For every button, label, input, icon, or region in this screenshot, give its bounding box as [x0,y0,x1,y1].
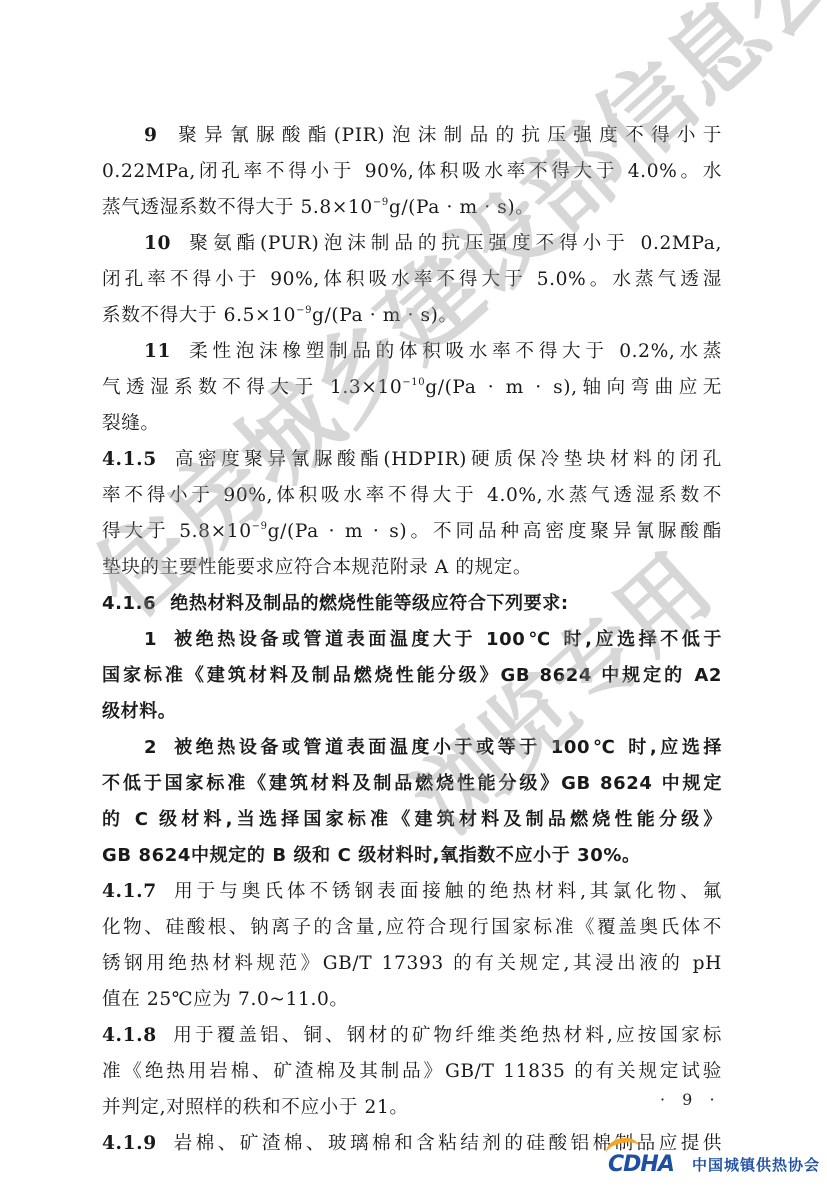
clause-4-1-5-line-1: 4.1.5高密度聚异氰脲酸酯(HDPIR)硬质保冷垫块材料的闭孔 [102,442,722,478]
cdha-logo: CDHA 中国城镇供热协会 [604,1138,820,1178]
item-10-line-3: 系数不得大于 6.5×10−9g/(Pa · m · s)。 [102,298,722,334]
page-number: · 9 · [660,1090,721,1109]
item-11-line-1: 11柔性泡沫橡塑制品的体积吸水率不得大于 0.2%,水蒸 [102,334,722,370]
logo-mark-text: CDHA [608,1152,674,1177]
item-10-line-1: 10聚氨酯(PUR)泡沫制品的抗压强度不得小于 0.2MPa, [102,226,722,262]
clause-4-1-8-line-1: 4.1.8用于覆盖铝、铜、钢材的矿物纤维类绝热材料,应按国家标 [102,1018,722,1054]
clause-4-1-6-title: 4.1.6绝热材料及制品的燃烧性能等级应符合下列要求: [102,586,722,622]
clause-4-1-6-2-line-1: 2被绝热设备或管道表面温度小于或等于 100℃ 时,应选择 [102,730,722,766]
clause-4-1-6-2-line-2: 不低于国家标准《建筑材料及制品燃烧性能分级》GB 8624 中规定 [102,766,722,802]
cdha-logo-icon: CDHA [604,1138,690,1178]
item-11-line-3: 裂缝。 [102,406,722,442]
clause-4-1-6-1-line-3: 级材料。 [102,694,722,730]
clause-4-1-7-line-3: 锈钢用绝热材料规范》GB/T 17393 的有关规定,其浸出液的 pH [102,946,722,982]
item-10-line-2: 闭孔率不得小于 90%,体积吸水率不得大于 5.0%。水蒸气透湿 [102,262,722,298]
clause-4-1-7-line-4: 值在 25℃应为 7.0~11.0。 [102,982,722,1018]
clause-4-1-8-line-3: 并判定,对照样的秩和不应小于 21。 [102,1090,722,1126]
clause-4-1-6-1-line-2: 国家标准《建筑材料及制品燃烧性能分级》GB 8624 中规定的 A2 [102,658,722,694]
clause-4-1-6-2-line-3: 的 C 级材料,当选择国家标准《建筑材料及制品燃烧性能分级》 [102,802,722,838]
item-9-line-2: 0.22MPa,闭孔率不得小于 90%,体积吸水率不得大于 4.0%。水 [102,154,722,190]
item-11-line-2: 气透湿系数不得大于 1.3×10−10g/(Pa · m · s),轴向弯曲应无 [102,370,722,406]
clause-4-1-6-1-line-1: 1被绝热设备或管道表面温度大于 100℃ 时,应选择不低于 [102,622,722,658]
item-number: 9 [144,125,158,146]
document-page: 9聚异氰脲酸酯(PIR)泡沫制品的抗压强度不得小于 0.22MPa,闭孔率不得小… [0,0,827,1199]
clause-4-1-7-line-2: 化物、硅酸根、钠离子的含量,应符合现行国家标准《覆盖奥氏体不 [102,910,722,946]
clause-4-1-5-line-2: 率不得小于 90%,体积吸水率不得大于 4.0%,水蒸气透湿系数不 [102,478,722,514]
logo-org-name: 中国城镇供热协会 [692,1154,820,1175]
clause-4-1-5-line-3: 得大于 5.8×10−9g/(Pa · m · s)。不同品种高密度聚异氰脲酸酯 [102,514,722,550]
page-body: 9聚异氰脲酸酯(PIR)泡沫制品的抗压强度不得小于 0.22MPa,闭孔率不得小… [102,118,722,1162]
clause-4-1-8-line-2: 准《绝热用岩棉、矿渣棉及其制品》GB/T 11835 的有关规定试验 [102,1054,722,1090]
clause-4-1-7-line-1: 4.1.7用于与奥氏体不锈钢表面接触的绝热材料,其氯化物、氟 [102,874,722,910]
clause-4-1-5-line-4: 垫块的主要性能要求应符合本规范附录 A 的规定。 [102,550,722,586]
item-9-line-1: 9聚异氰脲酸酯(PIR)泡沫制品的抗压强度不得小于 [102,118,722,154]
clause-4-1-6-2-line-4: GB 8624中规定的 B 级和 C 级材料时,氧指数不应小于 30%。 [102,838,722,874]
item-9-line-3: 蒸气透湿系数不得大于 5.8×10−9g/(Pa · m · s)。 [102,190,722,226]
